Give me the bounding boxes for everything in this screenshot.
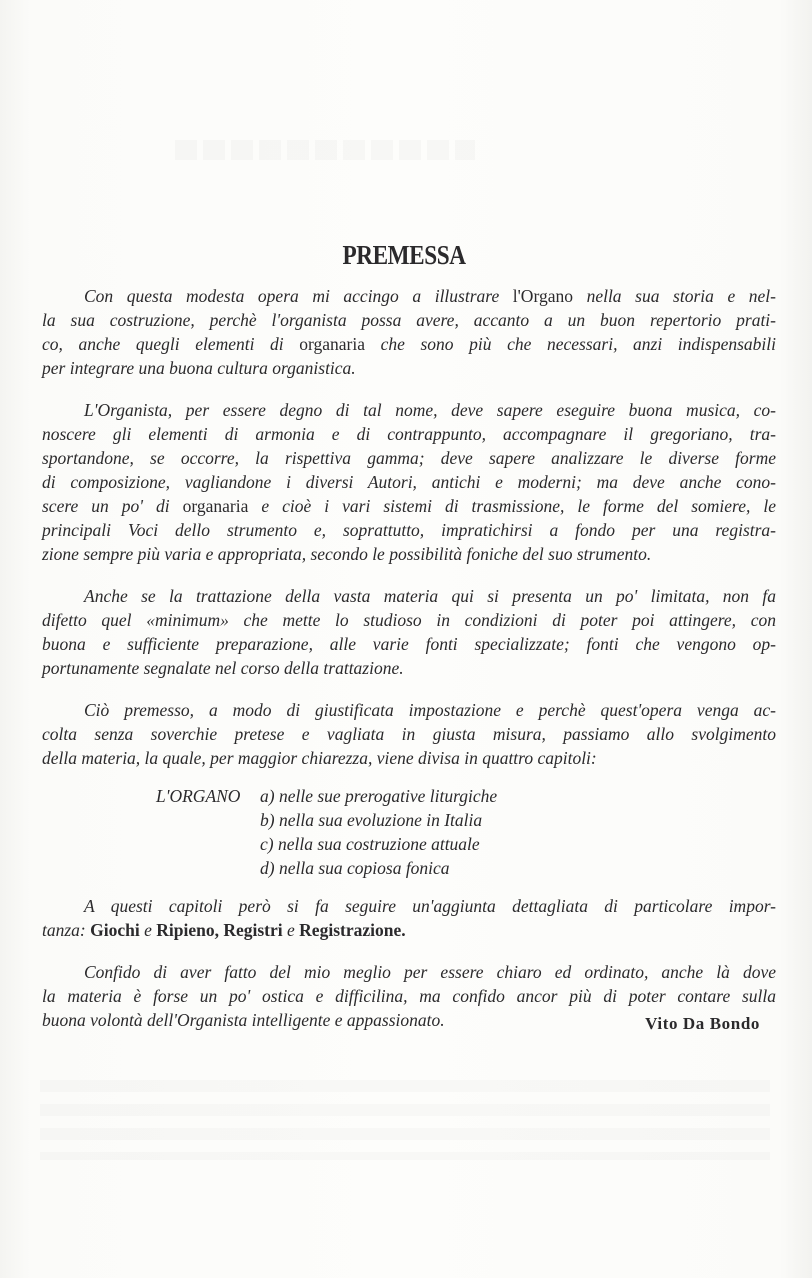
text-line: di composizione, vagliandone i diversi A…: [42, 470, 776, 494]
author-signature: Vito Da Bondo: [645, 1014, 760, 1034]
text-run: Anche se la trattazione della vasta mate…: [84, 586, 776, 606]
text-run: Ciò premesso, a modo di giustificata imp…: [84, 700, 776, 720]
text-run: Con questa modesta opera mi accingo a il…: [84, 286, 513, 306]
chapter-item-c: c) nella sua costruzione attuale: [260, 832, 480, 856]
text-line: scere un po' di organaria e cioè i vari …: [42, 494, 776, 518]
text-run: zione sempre più varia e appropriata, se…: [42, 544, 651, 564]
text-line: la materia è forse un po' ostica e diffi…: [42, 984, 776, 1008]
text-run: L'Organista, per essere degno di tal nom…: [84, 400, 776, 420]
page-title: PREMESSA: [55, 240, 753, 271]
appendix-paragraph: A questi capitoli però si fa seguire un'…: [42, 894, 776, 942]
text-line: la sua costruzione, perchè l'organista p…: [42, 308, 776, 332]
text-run: di composizione, vagliandone i diversi A…: [42, 472, 776, 492]
text-run: l'Organo: [513, 286, 573, 306]
text-line: buona e sufficiente preparazione, alle v…: [42, 632, 776, 656]
text-run: e cioè i vari sistemi di trasmissione, l…: [248, 496, 776, 516]
text-line: zione sempre più varia e appropriata, se…: [42, 542, 776, 566]
chapter-item-b: b) nella sua evoluzione in Italia: [260, 808, 482, 832]
chapter-list-lead: L'ORGANO: [156, 784, 240, 808]
text-run: portunamente segnalate nel corso della t…: [42, 658, 404, 678]
text-line: A questi capitoli però si fa seguire un'…: [42, 894, 776, 918]
chapter-item-a: a) nelle sue prerogative liturgiche: [260, 784, 497, 808]
text-line: tanza: Giochi e Ripieno, Registri e Regi…: [42, 918, 776, 942]
text-run: la sua costruzione, perchè l'organista p…: [42, 310, 776, 330]
text-run: scere un po' di: [42, 496, 183, 516]
text-run: per integrare una buona cultura organist…: [42, 358, 356, 378]
text-line: della materia, la quale, per maggior chi…: [42, 746, 776, 770]
text-line: principali Voci dello strumento e, sopra…: [42, 518, 776, 542]
text-line: noscere gli elementi di armonia e di con…: [42, 422, 776, 446]
text-run: che sono più che necessari, anzi indispe…: [365, 334, 776, 354]
text-run: principali Voci dello strumento e, sopra…: [42, 520, 776, 540]
reverse-page-bleed-through: [40, 1080, 770, 1160]
topic-ripieno-registri: Ripieno, Registri: [156, 920, 282, 940]
text-run: e: [283, 920, 300, 940]
text-run: noscere gli elementi di armonia e di con…: [42, 424, 776, 444]
text-run: sportandone, se occorre, la rispettiva g…: [42, 448, 776, 468]
text-line: Confido di aver fatto del mio meglio per…: [42, 960, 776, 984]
text-line: Con questa modesta opera mi accingo a il…: [42, 284, 776, 308]
reverse-page-bleed-through: [175, 140, 475, 160]
paragraph: Anche se la trattazione della vasta mate…: [42, 584, 776, 680]
text-line: Anche se la trattazione della vasta mate…: [42, 584, 776, 608]
chapter-item-d: d) nella sua copiosa fonica: [260, 856, 450, 880]
paragraph: Con questa modesta opera mi accingo a il…: [42, 284, 776, 380]
text-line: portunamente segnalate nel corso della t…: [42, 656, 776, 680]
text-line: per integrare una buona cultura organist…: [42, 356, 776, 380]
text-run: colta senza soverchie pretese e vagliata…: [42, 724, 776, 744]
text-line: difetto quel «minimum» che mette lo stud…: [42, 608, 776, 632]
text-run: buona e sufficiente preparazione, alle v…: [42, 634, 776, 654]
text-line: L'Organista, per essere degno di tal nom…: [42, 398, 776, 422]
chapter-list: L'ORGANO a) nelle sue prerogative liturg…: [42, 784, 776, 880]
text-run: difetto quel «minimum» che mette lo stud…: [42, 610, 776, 630]
text-line: sportandone, se occorre, la rispettiva g…: [42, 446, 776, 470]
text-run: organaria: [299, 334, 365, 354]
text-line: colta senza soverchie pretese e vagliata…: [42, 722, 776, 746]
text-run: e: [140, 920, 157, 940]
text-run: organaria: [183, 496, 249, 516]
text-run: nella sua storia e nel-: [573, 286, 776, 306]
paragraphs: Con questa modesta opera mi accingo a il…: [42, 284, 776, 770]
text-run: tanza:: [42, 920, 90, 940]
topic-registrazione: Registrazione.: [299, 920, 405, 940]
paragraph: L'Organista, per essere degno di tal nom…: [42, 398, 776, 566]
body-text: Con questa modesta opera mi accingo a il…: [42, 284, 776, 1050]
text-run: della materia, la quale, per maggior chi…: [42, 748, 597, 768]
topic-giochi: Giochi: [90, 920, 140, 940]
text-line: Ciò premesso, a modo di giustificata imp…: [42, 698, 776, 722]
text-line: co, anche quegli elementi di organaria c…: [42, 332, 776, 356]
text-run: co, anche quegli elementi di: [42, 334, 299, 354]
paragraph: Ciò premesso, a modo di giustificata imp…: [42, 698, 776, 770]
